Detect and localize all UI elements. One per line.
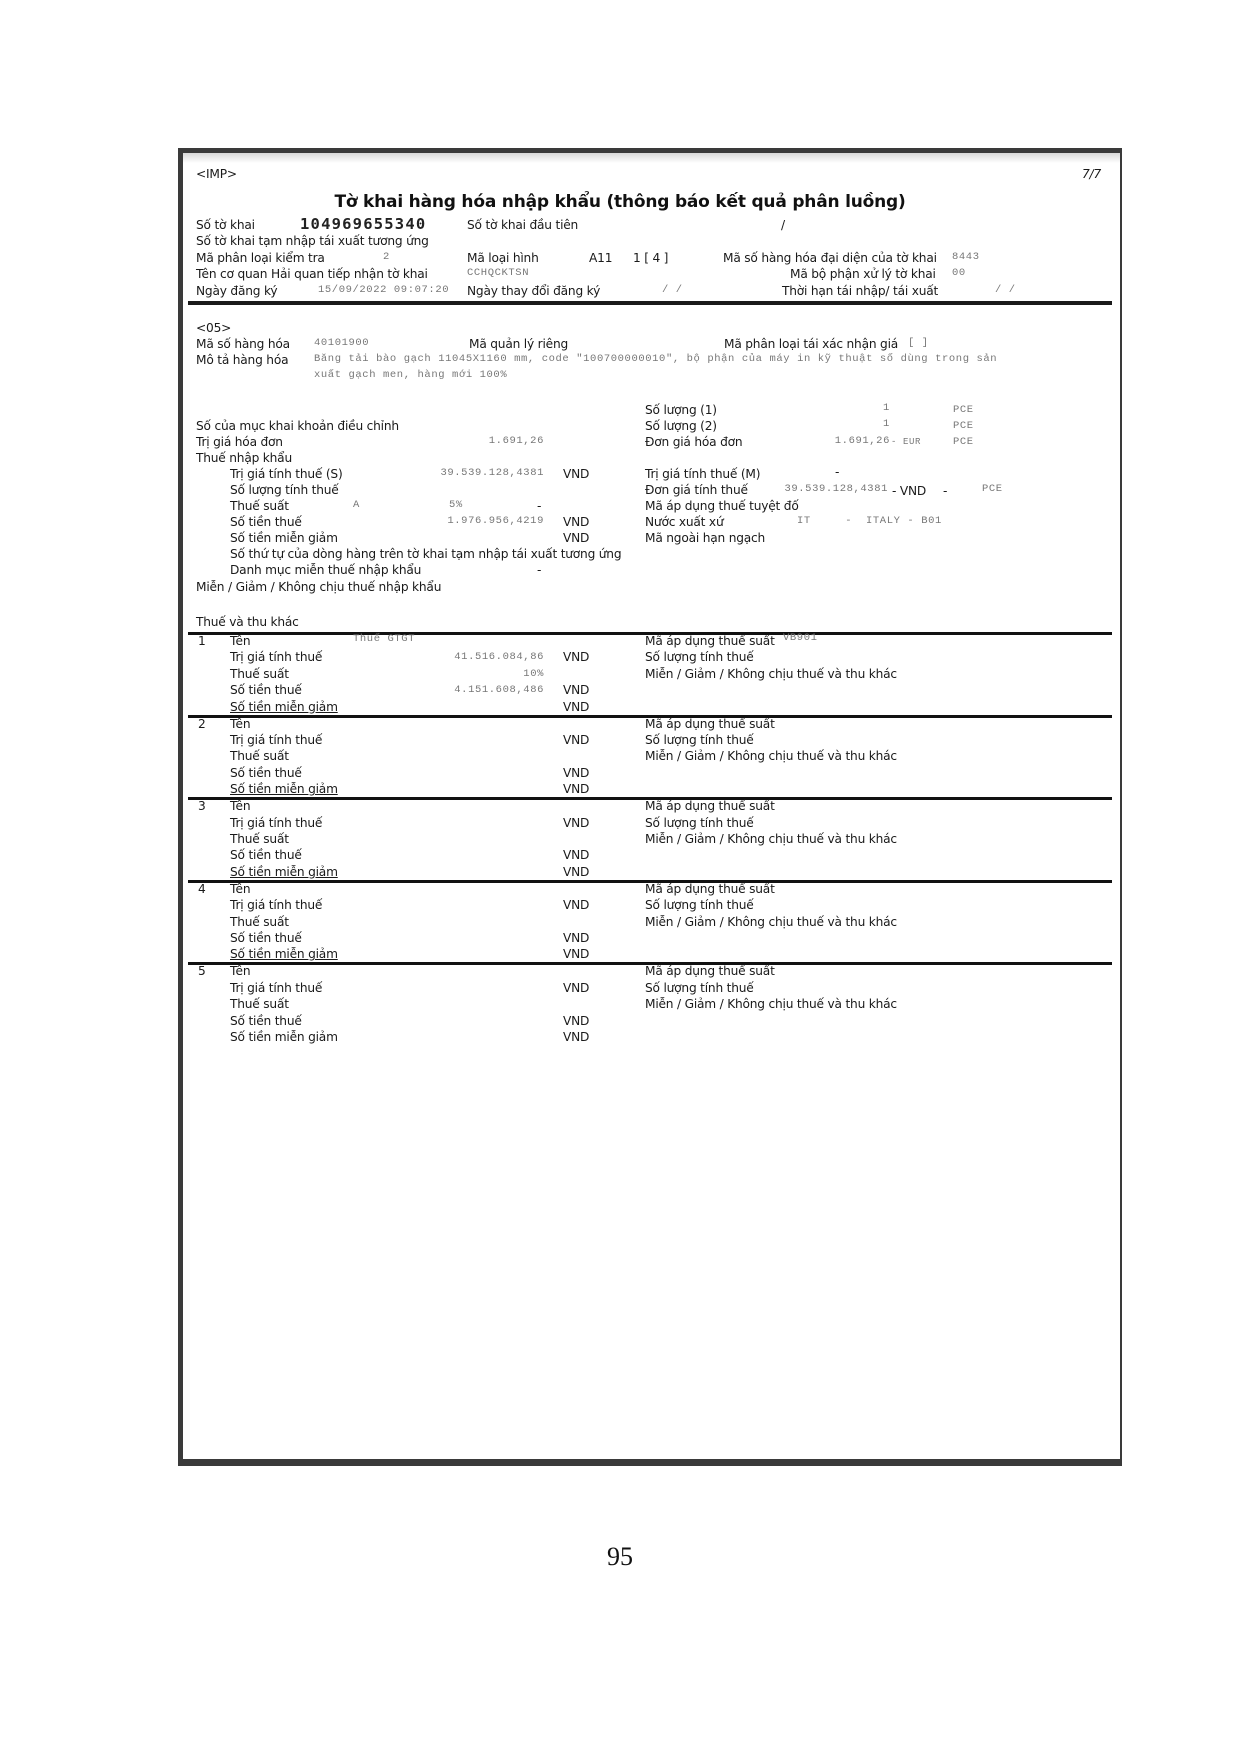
- change-date-value: / /: [662, 283, 683, 298]
- header-divider: [188, 301, 1112, 305]
- taxable-value-m-label: Trị giá tính thuế (M): [645, 467, 760, 482]
- tax-quantity-label: Số lượng tính thuế: [645, 733, 754, 748]
- price-reconfirm-value: [ ]: [908, 336, 929, 351]
- tax-reduction-label: Số tiền miễn giảm: [230, 700, 338, 715]
- tax-rate-label: Thuế suất: [230, 997, 289, 1012]
- type-code-label: Mã loại hình: [467, 251, 539, 266]
- tax-rate-label: Thuế suất: [230, 832, 289, 847]
- tax-apply-code-label: Mã áp dụng thuế suất: [645, 799, 775, 814]
- tax-block-number: 1: [198, 634, 206, 649]
- reexport-deadline-label: Thời hạn tái nhập/ tái xuất: [782, 284, 938, 299]
- tax-exemption-label: Miễn / Giảm / Không chịu thuế và thu khá…: [645, 997, 897, 1012]
- quantity-1-value: 1: [883, 401, 890, 416]
- tax-quantity-label: Số lượng tính thuế: [645, 981, 754, 996]
- registration-date-value: 15/09/2022 09:07:20: [318, 283, 449, 298]
- page-indicator: 7/7: [1082, 167, 1101, 182]
- change-date-label: Ngày thay đổi đăng ký: [467, 284, 600, 299]
- tax-base-unit: VND: [563, 816, 589, 831]
- tax-name-label: Tên: [230, 717, 250, 732]
- tax-rate-code: A: [353, 498, 360, 513]
- tax-block-number: 3: [198, 799, 206, 814]
- temp-import-line-label: Số thứ tự của dòng hàng trên tờ khai tạm…: [230, 547, 621, 562]
- taxable-value-s: 39.539.128,4381: [400, 466, 544, 481]
- tax-rate-label: Thuế suất: [230, 915, 289, 930]
- tax-rate-label: Thuế suất: [230, 667, 289, 682]
- processing-unit-label: Mã bộ phận xử lý tờ khai: [790, 267, 936, 282]
- tax-reduction-label: Số tiền miễn giảm: [230, 782, 338, 797]
- form-tag: <IMP>: [196, 167, 237, 182]
- tax-reduction-label: Số tiền miễn giảm: [230, 865, 338, 880]
- quantity-1-label: Số lượng (1): [645, 403, 717, 418]
- tax-reduction-label: Số tiền miễn giảm: [230, 1030, 338, 1045]
- inspection-class-value: 2: [383, 250, 390, 265]
- adjustment-item-label: Số của mục khai khoản điều chỉnh: [196, 419, 399, 434]
- taxable-unit-price-unit: PCE: [982, 482, 1003, 497]
- invoice-unit-price: 1.691,26: [800, 434, 890, 449]
- page-title: Tờ khai hàng hóa nhập khẩu (thông báo kế…: [0, 192, 1240, 212]
- tax-quantity-label: Số lượng tính thuế: [645, 898, 754, 913]
- processing-unit-value: 00: [952, 266, 966, 281]
- declaration-number: 104969655340: [300, 215, 426, 233]
- hs-code-value: 40101900: [314, 336, 369, 351]
- hs-code-label: Mã số hàng hóa: [196, 337, 290, 352]
- taxable-unit-price-dash: -: [943, 484, 947, 499]
- temp-import-declaration-label: Số tờ khai tạm nhập tái xuất tương ứng: [196, 234, 429, 249]
- absolute-tax-code-label: Mã áp dụng thuế tuyệt đố: [645, 499, 799, 514]
- tax-reduction-unit: VND: [563, 865, 589, 880]
- tax-rate-value: 10%: [400, 667, 544, 682]
- tax-name-label: Tên: [230, 882, 250, 897]
- taxable-value-s-unit: VND: [563, 467, 589, 482]
- type-code-value: A11: [589, 251, 612, 266]
- tax-base-unit: VND: [563, 981, 589, 996]
- invoice-unit: PCE: [953, 435, 974, 450]
- tax-block-number: 4: [198, 882, 206, 897]
- tax-amount-unit: VND: [563, 515, 589, 530]
- tax-quantity-label: Số lượng tính thuế: [645, 816, 754, 831]
- tax-reduction-label: Số tiền miễn giảm: [230, 947, 338, 962]
- tax-amount-label: Số tiền thuế: [230, 766, 302, 781]
- tax-base-label: Trị giá tính thuế: [230, 981, 322, 996]
- origin-country-label: Nước xuất xứ: [645, 515, 723, 530]
- first-declaration-label: Số tờ khai đầu tiên: [467, 218, 578, 233]
- tax-amount-unit: VND: [563, 931, 589, 946]
- quantity-2-label: Số lượng (2): [645, 419, 717, 434]
- invoice-value: 1.691,26: [440, 434, 544, 449]
- tax-reduction-unit: VND: [563, 700, 589, 715]
- taxable-quantity-label: Số lượng tính thuế: [230, 483, 339, 498]
- taxable-unit-price: 39.539.128,4381: [740, 482, 888, 497]
- tax-amount-unit: VND: [563, 848, 589, 863]
- tax-quantity-label: Số lượng tính thuế: [645, 650, 754, 665]
- quantity-2-unit: PCE: [953, 419, 974, 434]
- tax-base-label: Trị giá tính thuế: [230, 650, 322, 665]
- tax-amount-unit: VND: [563, 766, 589, 781]
- tax-amount-label: Số tiền thuế: [230, 1014, 302, 1029]
- tax-rate-label: Thuế suất: [230, 499, 289, 514]
- taxable-unit-price-label: Đơn giá tính thuế: [645, 483, 748, 498]
- customs-office-label: Tên cơ quan Hải quan tiếp nhận tờ khai: [196, 267, 428, 282]
- declaration-number-label: Số tờ khai: [196, 218, 255, 233]
- exemption-list-value: -: [537, 563, 541, 578]
- inspection-class-label: Mã phân loại kiểm tra: [196, 251, 325, 266]
- other-taxes-label: Thuế và thu khác: [196, 615, 299, 630]
- exemption-list-label: Danh mục miễn thuế nhập khẩu: [230, 563, 421, 578]
- customs-office-value: CCHQCKTSN: [467, 266, 529, 281]
- tax-reduction-unit: VND: [563, 1030, 589, 1045]
- quantity-2-value: 1: [883, 417, 890, 432]
- taxable-value-m: -: [835, 465, 839, 480]
- tax-apply-code-label: Mã áp dụng thuế suất: [645, 634, 775, 649]
- tax-base-unit: VND: [563, 898, 589, 913]
- import-tax-label: Thuế nhập khẩu: [196, 451, 292, 466]
- tax-reduction-unit: VND: [563, 531, 589, 546]
- tax-exemption-label: Miễn / Giảm / Không chịu thuế và thu khá…: [645, 749, 897, 764]
- tax-base-unit: VND: [563, 733, 589, 748]
- tax-name-value: Thuế GTGT: [353, 632, 415, 647]
- description-line-2: xuất gạch men, hàng mới 100%: [314, 368, 507, 383]
- tax-amount-value: 4.151.608,486: [400, 683, 544, 698]
- type-code-extra: 1 [ 4 ]: [633, 251, 668, 266]
- tax-apply-code-label: Mã áp dụng thuế suất: [645, 882, 775, 897]
- tax-rate-value: 5%: [449, 498, 463, 513]
- tax-name-label: Tên: [230, 964, 250, 979]
- page-number: 95: [0, 1542, 1240, 1572]
- tax-amount-unit: VND: [563, 683, 589, 698]
- tax-rate-label: Thuế suất: [230, 749, 289, 764]
- taxable-unit-price-currency: - VND: [892, 484, 926, 499]
- import-tax-exemption-label: Miễn / Giảm / Không chịu thuế nhập khẩu: [196, 580, 441, 595]
- price-reconfirm-label: Mã phân loại tái xác nhận giá: [724, 337, 898, 352]
- tax-reduction-unit: VND: [563, 782, 589, 797]
- invoice-value-label: Trị giá hóa đơn: [196, 435, 283, 450]
- tax-base-value: 41.516.084,86: [400, 650, 544, 665]
- tax-exemption-label: Miễn / Giảm / Không chịu thuế và thu khá…: [645, 667, 897, 682]
- private-mgmt-code-label: Mã quản lý riêng: [469, 337, 568, 352]
- tax-amount-label: Số tiền thuế: [230, 515, 302, 530]
- origin-country-value: IT - ITALY - B01: [797, 514, 942, 529]
- tax-base-unit: VND: [563, 650, 589, 665]
- representative-hs-label: Mã số hàng hóa đại diện của tờ khai: [723, 251, 937, 266]
- tax-amount-label: Số tiền thuế: [230, 848, 302, 863]
- tax-name-label: Tên: [230, 634, 250, 649]
- tax-amount-label: Số tiền thuế: [230, 683, 302, 698]
- tax-exemption-label: Miễn / Giảm / Không chịu thuế và thu khá…: [645, 915, 897, 930]
- quantity-1-unit: PCE: [953, 403, 974, 418]
- out-of-quota-label: Mã ngoài hạn ngạch: [645, 531, 765, 546]
- tax-block-number: 5: [198, 964, 206, 979]
- tax-block-number: 2: [198, 717, 206, 732]
- tax-apply-code-value: VB901: [783, 631, 818, 646]
- invoice-currency: - EUR: [891, 435, 921, 450]
- first-declaration-value: /: [781, 218, 785, 233]
- representative-hs-value: 8443: [952, 250, 980, 265]
- description-line-1: Băng tải bào gạch 11045X1160 mm, code "1…: [314, 352, 997, 367]
- invoice-unit-price-label: Đơn giá hóa đơn: [645, 435, 742, 450]
- taxable-value-s-label: Trị giá tính thuế (S): [230, 467, 343, 482]
- description-label: Mô tả hàng hóa: [196, 353, 288, 368]
- tax-rate-dash: -: [537, 499, 541, 514]
- tax-apply-code-label: Mã áp dụng thuế suất: [645, 964, 775, 979]
- tax-base-label: Trị giá tính thuế: [230, 733, 322, 748]
- tax-reduction-unit: VND: [563, 947, 589, 962]
- tax-reduction-label: Số tiền miễn giảm: [230, 531, 338, 546]
- tax-amount-label: Số tiền thuế: [230, 931, 302, 946]
- reexport-deadline-value: / /: [995, 283, 1016, 298]
- tax-base-label: Trị giá tính thuế: [230, 816, 322, 831]
- tax-exemption-label: Miễn / Giảm / Không chịu thuế và thu khá…: [645, 832, 897, 847]
- tax-amount-unit: VND: [563, 1014, 589, 1029]
- tax-apply-code-label: Mã áp dụng thuế suất: [645, 717, 775, 732]
- tax-name-label: Tên: [230, 799, 250, 814]
- registration-date-label: Ngày đăng ký: [196, 284, 277, 299]
- tax-base-label: Trị giá tính thuế: [230, 898, 322, 913]
- tax-amount: 1.976.956,4219: [400, 514, 544, 529]
- item-tag: <05>: [196, 321, 231, 336]
